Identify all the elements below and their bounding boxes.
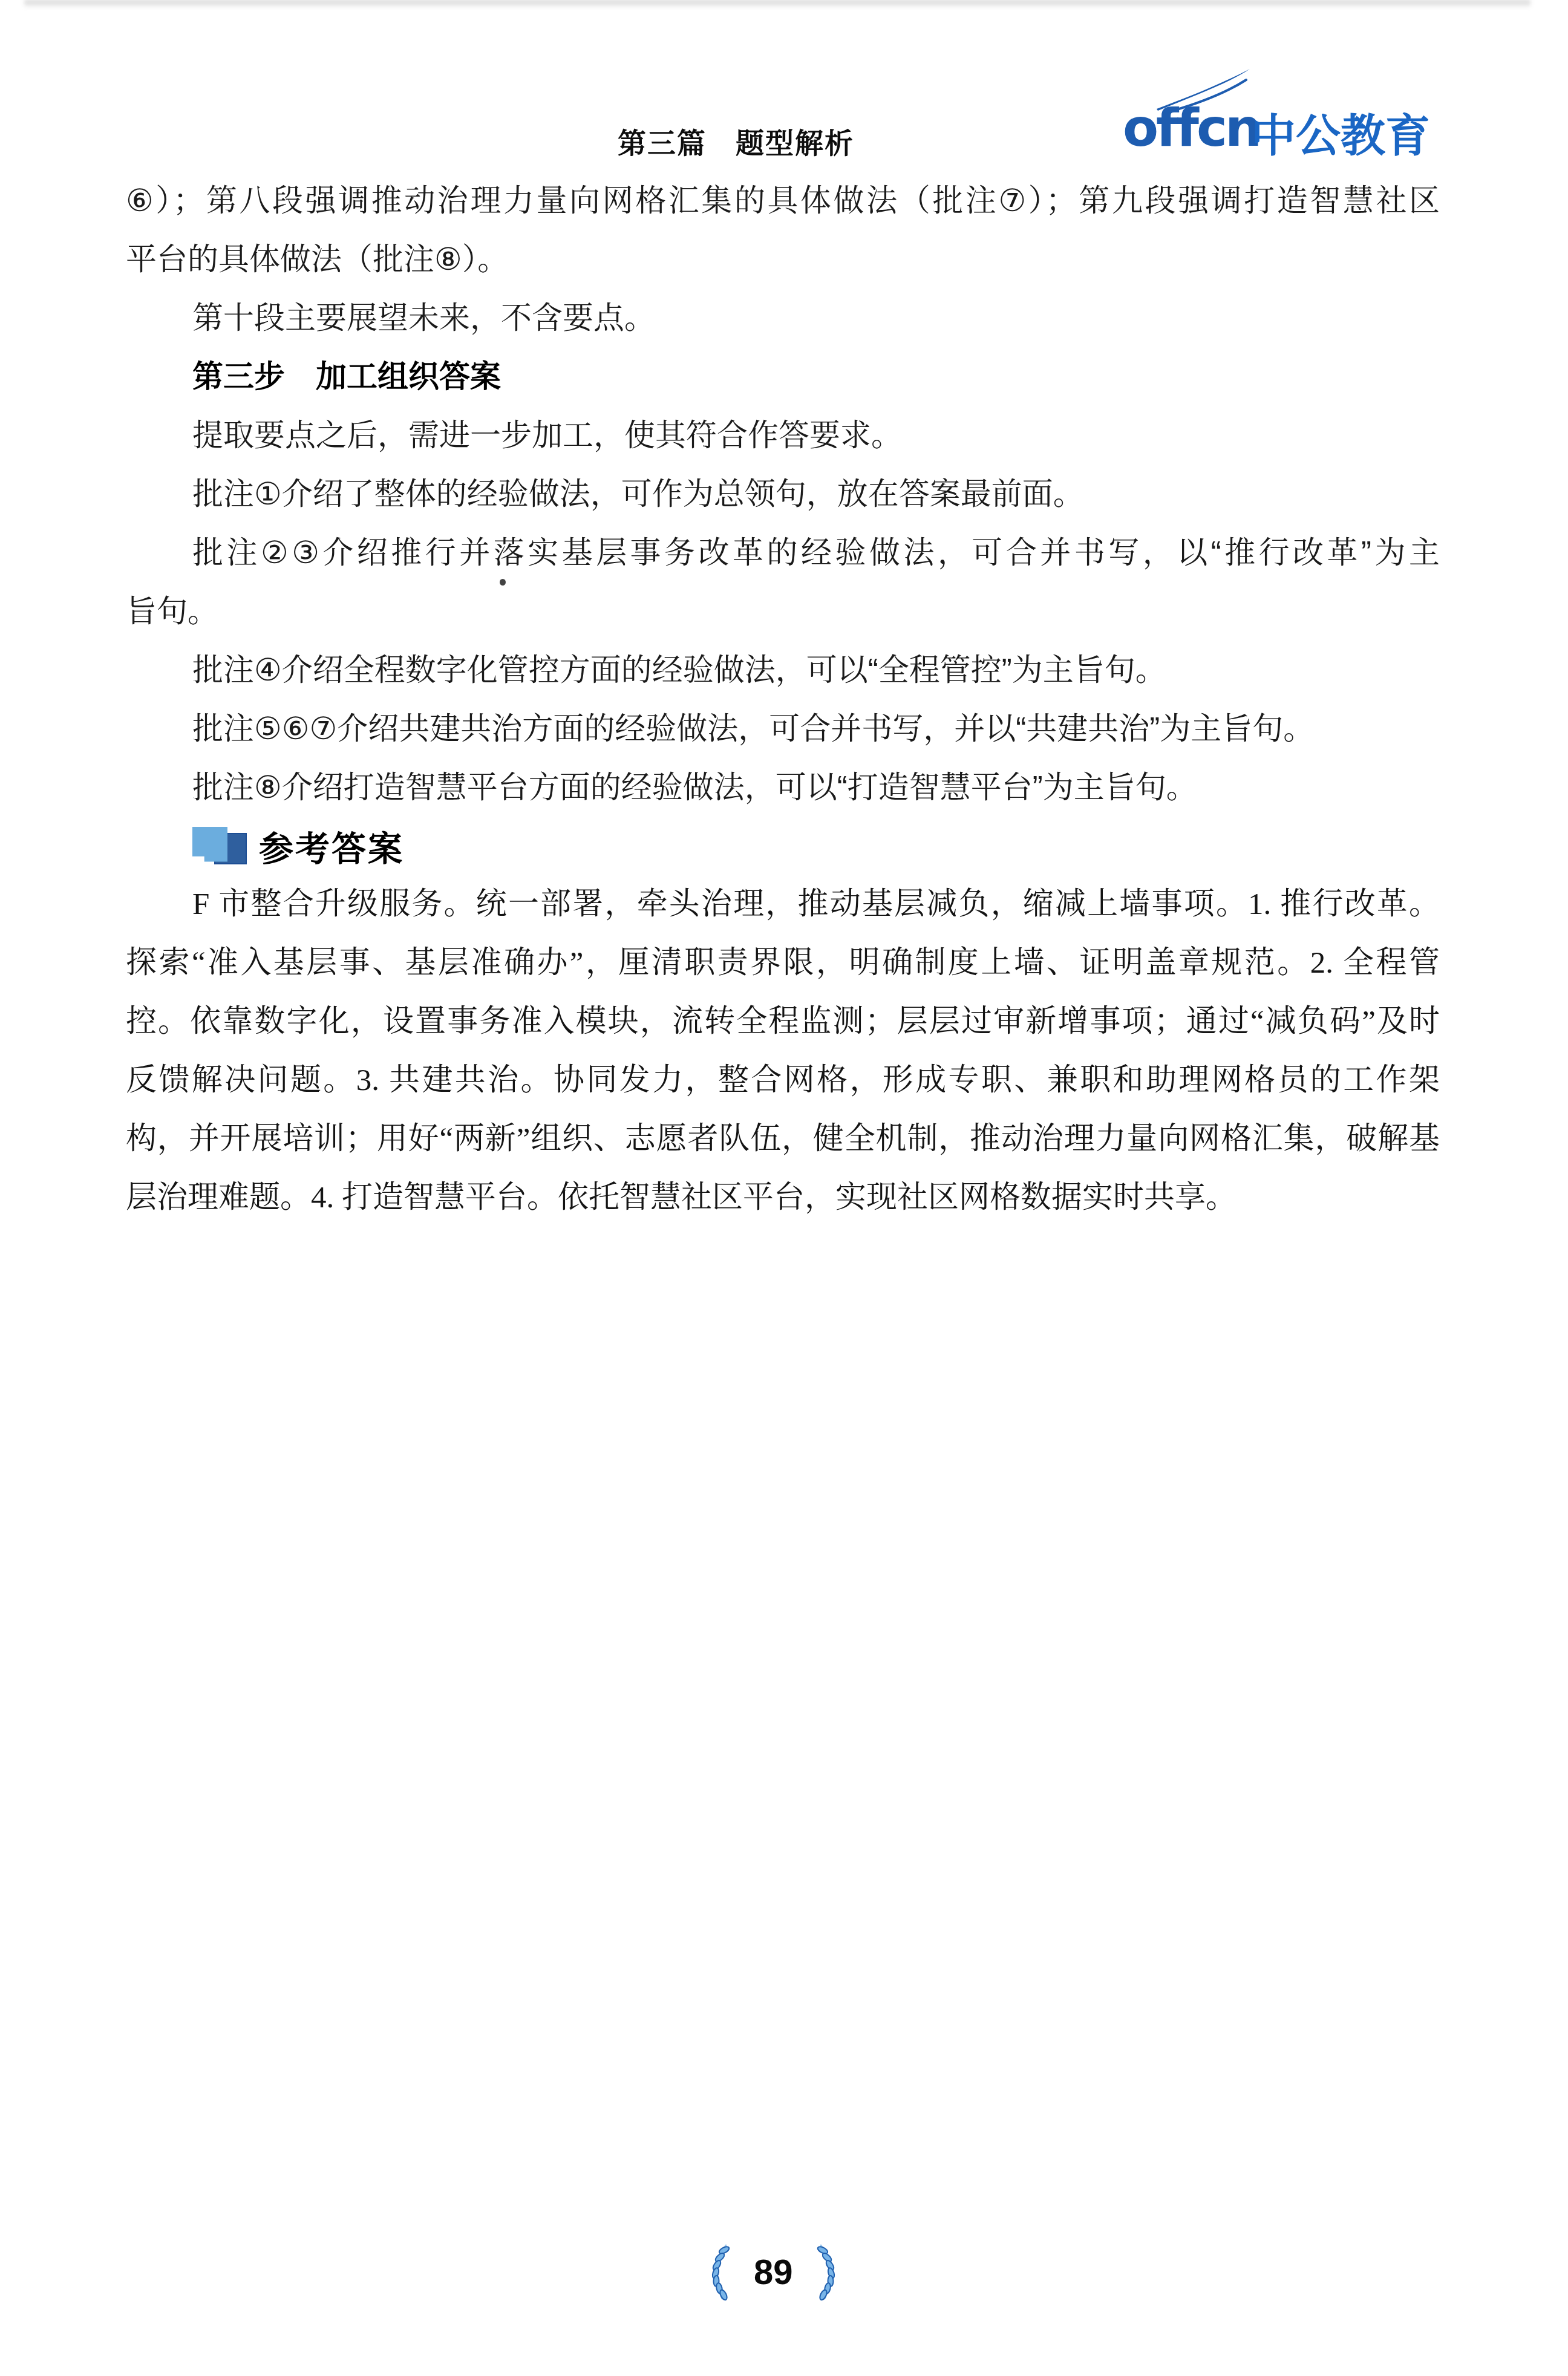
laurel-right-icon [814,2243,844,2301]
body-line: 提取要点之后，需进一步加工，使其符合作答要求。 [126,406,1440,465]
print-dot-artifact [500,579,506,586]
logo-latin-text: offcn [1123,98,1259,158]
answer-line: 层治理难题。4. 打造智慧平台。依托智慧社区平台，实现社区网格数据实时共享。 [126,1169,1440,1227]
answer-line: 构，并开展培训；用好“两新”组织、志愿者队伍，健全机制，推动治理力量向网格汇集，… [126,1110,1440,1169]
offcn-logo: offcn 中公教育 [1123,76,1437,167]
answer-line: F 市整合升级服务。统一部署，牵头治理，推动基层减负，缩减上墙事项。1. 推行改… [126,875,1440,934]
analysis-paragraphs: ⑥）；第八段强调推动治理力量向网格汇集的具体做法（批注⑦）；第九段强调打造智慧社… [126,171,1440,817]
step-heading: 第三步 加工组织答案 [126,347,1440,406]
reference-answer-paragraph: F 市整合升级服务。统一部署，牵头治理，推动基层减负，缩减上墙事项。1. 推行改… [126,875,1440,1227]
body-line: 批注①介绍了整体的经验做法，可作为总领句，放在答案最前面。 [126,465,1440,523]
answer-line: 探索“准入基层事、基层准确办”，厘清职责界限，明确制度上墙、证明盖章规范。2. … [126,934,1440,993]
page-footer: 89 [703,2242,844,2302]
body-line: 平台的具体做法（批注⑧）。 [126,230,1440,289]
page-number: 89 [754,2252,793,2293]
scan-artifact-top [24,0,1530,9]
body-line: ⑥）；第八段强调推动治理力量向网格汇集的具体做法（批注⑦）；第九段强调打造智慧社… [126,171,1440,230]
section-title: 题型解析 [736,127,854,159]
section-label: 第三篇 [618,127,707,159]
running-head: 第三篇题型解析 offcn 中公教育 [0,71,1568,162]
reference-answer-heading: 参考答案 [126,817,1440,875]
page-header-title: 第三篇题型解析 [618,121,854,162]
answer-line: 反馈解决问题。3. 共建共治。协同发力，整合网格，形成专职、兼职和助理网格员的工… [126,1051,1440,1110]
laurel-left-icon [703,2243,733,2301]
book-pages-icon [192,827,249,866]
body-line: 批注②③介绍推行并落实基层事务改革的经验做法，可合并书写，以“推行改革”为主 [126,523,1440,582]
logo-cn-text: 中公教育 [1251,100,1430,165]
body-line: 第十段主要展望未来，不含要点。 [126,289,1440,347]
book-page: { "header": { "section_label": "第三篇", "s… [0,0,1568,2376]
reference-answer-title: 参考答案 [259,821,404,871]
body-line: 批注⑧介绍打造智慧平台方面的经验做法，可以“打造智慧平台”为主旨句。 [126,758,1440,817]
answer-line: 控。依靠数字化，设置事务准入模块，流转全程监测；层层过审新增事项；通过“减负码”… [126,993,1440,1051]
body-line: 批注④介绍全程数字化管控方面的经验做法，可以“全程管控”为主旨句。 [126,641,1440,699]
body-line: 批注⑤⑥⑦介绍共建共治方面的经验做法，可合并书写，并以“共建共治”为主旨句。 [126,699,1440,758]
body-line: 旨句。 [126,582,1440,641]
main-text-block: ⑥）；第八段强调推动治理力量向网格汇集的具体做法（批注⑦）；第九段强调打造智慧社… [126,171,1440,1227]
